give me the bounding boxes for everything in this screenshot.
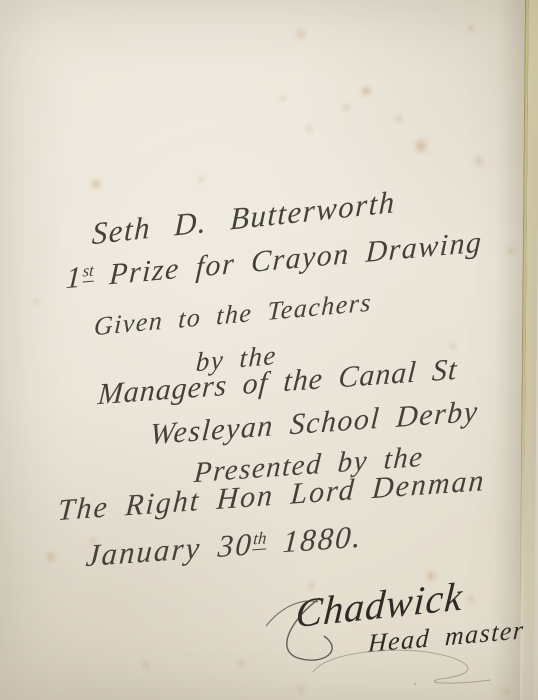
- page-edge-line: [519, 0, 529, 700]
- foxing-stains: [0, 0, 2, 2]
- page-edge: [492, 0, 538, 700]
- inscription-line-given-to: Given to the Teachers: [93, 288, 373, 343]
- page-curl-shadow: [492, 0, 526, 700]
- under-pages-strip: [523, 0, 538, 700]
- inscription-line-date: January 30th 1880.: [85, 519, 364, 575]
- book-page-photo: Seth D. Butterworth 1st Prize for Crayon…: [0, 0, 538, 700]
